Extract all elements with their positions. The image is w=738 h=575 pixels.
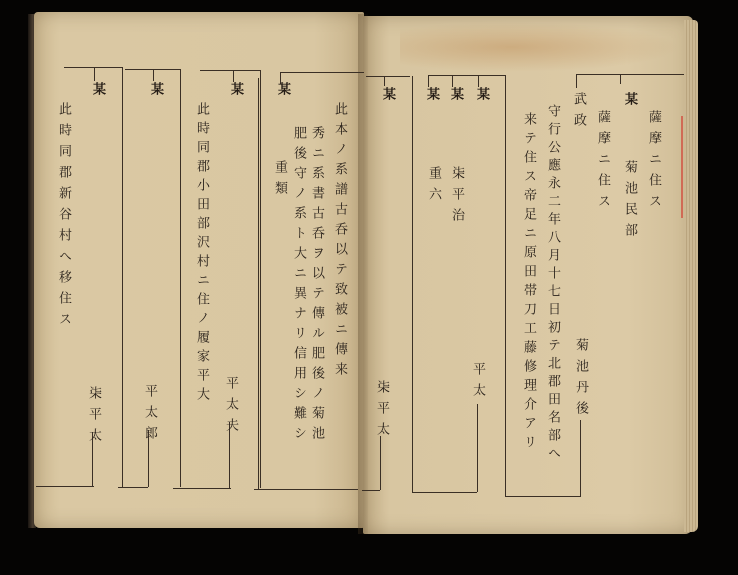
branch-marker: 某	[273, 82, 292, 95]
genealogy-entry-name: 平太	[470, 362, 484, 404]
genealogy-entry-name: 㭍平太	[374, 380, 388, 443]
branch-marker: 某	[422, 87, 441, 100]
genealogy-entry-name: 平太郎	[142, 384, 156, 447]
genealogy-entry-name: 菊池丹後	[573, 338, 587, 422]
genealogy-entry-name: 平太夫	[223, 376, 237, 439]
branch-marker: 某	[446, 87, 465, 100]
genealogy-entry-name: 重類	[272, 160, 286, 202]
branch-marker: 某	[472, 87, 491, 100]
book-gutter	[358, 14, 368, 534]
branch-marker: 某	[146, 82, 165, 95]
genealogy-entry-note: 守行公應永二年八月十七日初テ北郡田名部へ	[545, 104, 559, 464]
genealogy-entry-name: 武政	[571, 92, 585, 134]
genealogy-entry-note: 秀ニ系書古呑ヲ以テ傳ル肥後ノ菊池	[309, 126, 323, 446]
page-stack-edge-right	[684, 20, 698, 532]
branch-marker: 某	[226, 82, 245, 95]
genealogy-entry-note: 此時同郡小田部沢村ニ住ノ履家平大	[194, 102, 208, 406]
genealogy-entry-name: 菊池民部	[622, 160, 636, 244]
genealogy-entry-note: 此本ノ系譜古呑以テ致被ニ傳来	[332, 102, 346, 382]
open-book: 某 某 某 某 此時同郡新谷村へ移住ス 㭍平太 平太郎 此時同郡小田部沢村ニ住ノ…	[0, 0, 738, 575]
genealogy-entry-note: 此時同郡新谷村へ移住ス	[56, 102, 70, 333]
genealogy-entry-name: 重六	[426, 166, 440, 208]
branch-marker: 某	[378, 87, 397, 100]
genealogy-entry-name: 㭍平太	[86, 386, 100, 449]
genealogy-entry-name: 㭍平治	[449, 166, 463, 229]
branch-marker: 某	[620, 92, 639, 105]
genealogy-entry-note: 来テ住ス帝足ニ原田帯刀工藤修理介アリ	[521, 112, 535, 454]
water-stain	[400, 22, 680, 72]
genealogy-entry-note: 肥後守ノ系ト大ニ異ナリ信用シ難シ	[291, 126, 305, 446]
red-margin-line	[681, 116, 683, 218]
genealogy-entry-note: 薩摩ニ住ス	[646, 110, 660, 215]
branch-marker: 某	[88, 82, 107, 95]
genealogy-entry-note: 薩摩ニ住ス	[595, 110, 609, 215]
